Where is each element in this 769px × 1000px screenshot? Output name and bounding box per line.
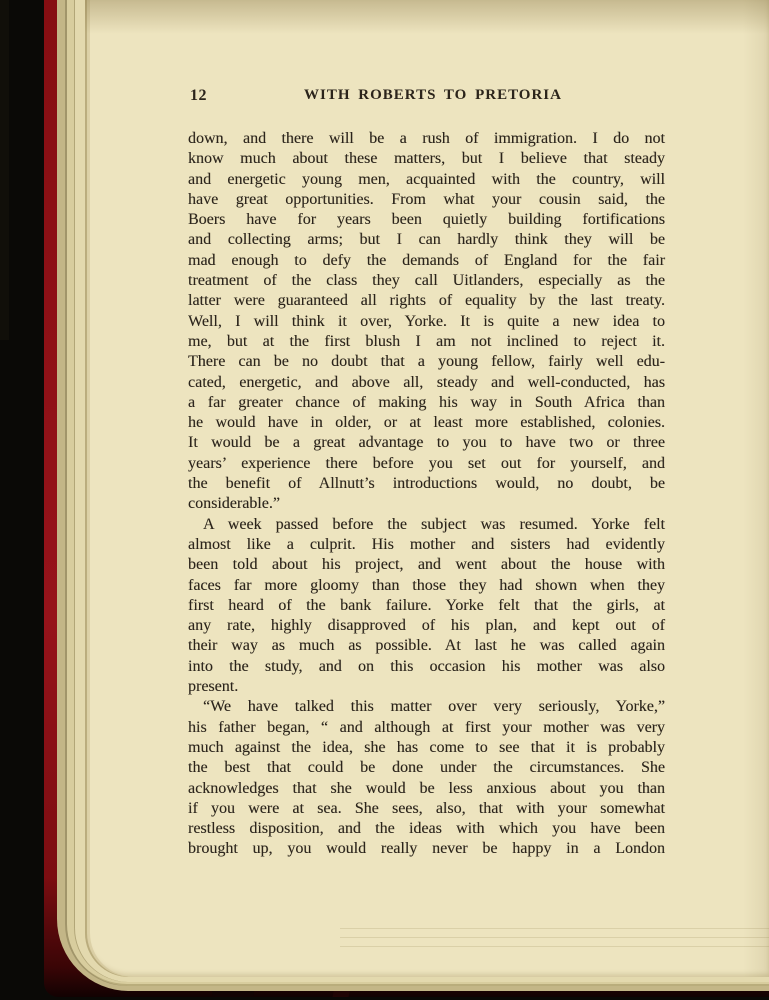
text-line: a far greater chance of making his way i… xyxy=(188,393,665,413)
text-line: into the study, and on this occasion his… xyxy=(188,657,665,677)
page-edge-lines xyxy=(340,928,769,948)
paragraph: down, and there will be a rush of immigr… xyxy=(188,129,665,515)
text-line: mad enough to defy the demands of Englan… xyxy=(188,251,665,271)
text-line: know much about these matters, but I bel… xyxy=(188,149,665,169)
text-line: brought up, you would really never be ha… xyxy=(188,839,665,859)
text-line: have great opportunities. From what your… xyxy=(188,190,665,210)
text-line: It would be a great advantage to you to … xyxy=(188,433,665,453)
text-line: A week passed before the subject was res… xyxy=(188,515,665,535)
text-line: their way as much as possible. At last h… xyxy=(188,636,665,656)
running-title: WITH ROBERTS TO PRETORIA xyxy=(188,87,665,104)
text-line: “We have talked this matter over very se… xyxy=(188,697,665,717)
text-line: almost like a culprit. His mother and si… xyxy=(188,535,665,555)
paragraph: A week passed before the subject was res… xyxy=(188,515,665,698)
text-line: and collecting arms; but I can hardly th… xyxy=(188,230,665,250)
page-header: 12 WITH ROBERTS TO PRETORIA xyxy=(188,87,665,106)
page-number: 12 xyxy=(190,87,207,105)
text-line: considerable.” xyxy=(188,494,665,514)
text-line: his father began, “ and although at firs… xyxy=(188,718,665,738)
text-line: faces far more gloomy than those they ha… xyxy=(188,576,665,596)
text-line: restless disposition, and the ideas with… xyxy=(188,819,665,839)
text-line: There can be no doubt that a young fello… xyxy=(188,352,665,372)
page-content: 12 WITH ROBERTS TO PRETORIA down, and th… xyxy=(188,0,665,860)
text-line: Boers have for years been quietly buildi… xyxy=(188,210,665,230)
text-line: and energetic young men, acquainted with… xyxy=(188,170,665,190)
body-text: down, and there will be a rush of immigr… xyxy=(188,129,665,860)
text-line: the best that could be done under the ci… xyxy=(188,758,665,778)
text-line: much against the idea, she has come to s… xyxy=(188,738,665,758)
text-line: the benefit of Allnutt’s introductions w… xyxy=(188,474,665,494)
paragraph: “We have talked this matter over very se… xyxy=(188,697,665,859)
text-line: down, and there will be a rush of immigr… xyxy=(188,129,665,149)
shelf-shadow xyxy=(0,0,9,340)
text-line: present. xyxy=(188,677,665,697)
text-line: me, but at the first blush I am not incl… xyxy=(188,332,665,352)
book-photo: 12 WITH ROBERTS TO PRETORIA down, and th… xyxy=(0,0,769,1000)
text-line: if you were at sea. She sees, also, that… xyxy=(188,799,665,819)
text-line: he would have in older, or at least more… xyxy=(188,413,665,433)
book-page: 12 WITH ROBERTS TO PRETORIA down, and th… xyxy=(85,0,769,977)
text-line: been told about his project, and went ab… xyxy=(188,555,665,575)
text-line: Well, I will think it over, Yorke. It is… xyxy=(188,312,665,332)
text-line: latter were guaranteed all rights of equ… xyxy=(188,291,665,311)
text-line: years’ experience there before you set o… xyxy=(188,454,665,474)
text-line: acknowledges that she would be less anxi… xyxy=(188,779,665,799)
text-line: cated, energetic, and above all, steady … xyxy=(188,373,665,393)
text-line: treatment of the class they call Uitland… xyxy=(188,271,665,291)
text-line: first heard of the bank failure. Yorke f… xyxy=(188,596,665,616)
text-line: any rate, highly disapproved of his plan… xyxy=(188,616,665,636)
